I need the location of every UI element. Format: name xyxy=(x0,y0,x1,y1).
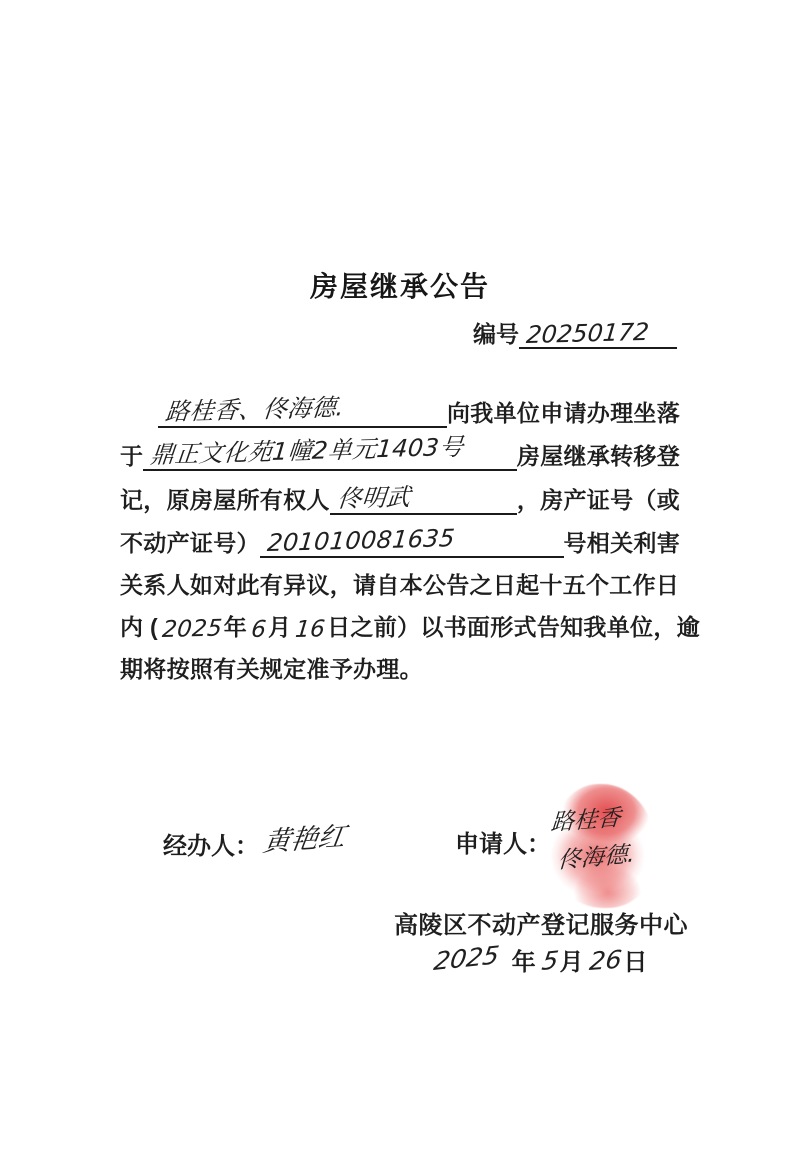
owner-handwritten-name: 佟明武 xyxy=(336,477,412,514)
number-label: 编号 xyxy=(473,316,519,349)
body-line5-printed: 关系人如对此有异议，请自本公告之日起十五个工作日 xyxy=(120,567,679,600)
date-month-handwritten: 5 xyxy=(540,945,560,976)
applicant2-handwritten-name: 佟海德. xyxy=(557,835,636,875)
body-line6-printed-2: 年 xyxy=(224,609,247,642)
number-handwritten-value: 20250172 xyxy=(525,318,650,349)
date-year-label: 年 xyxy=(512,942,536,977)
date-year-handwritten: 2025 xyxy=(432,941,501,976)
body-line-3: 记，原房屋所有权人 佟明武 ，房产证号（或 xyxy=(120,485,680,515)
address-blank-underline: 鼎正文化苑1幢2单元1403号 xyxy=(143,435,517,471)
applicant-label: 申请人： xyxy=(455,824,551,859)
body-line-4: 不动产证号） 201010081635 号相关利害 xyxy=(120,528,680,558)
body-line6-printed-1: 内 ( xyxy=(120,609,158,642)
body-line-6: 内 ( 2025 年 6 月 16 日之前）以书面形式告知我单位，逾 xyxy=(120,612,680,642)
body-line3-prefix: 记，原房屋所有权人 xyxy=(120,482,330,515)
issue-date-row: 2025 年 5 月 26 日 xyxy=(428,942,647,977)
date-day-label: 日 xyxy=(623,942,647,977)
body-line1-printed: 向我单位申请办理坐落 xyxy=(447,395,680,428)
body-line-5: 关系人如对此有异议，请自本公告之日起十五个工作日 xyxy=(120,570,680,600)
handler-signature-row: 经办人： 黄艳红 xyxy=(163,820,342,861)
body-line3-suffix: ，房产证号（或 xyxy=(517,482,680,515)
body-line2-suffix: 房屋继承转移登 xyxy=(517,438,680,471)
applicants-blank-underline: 路桂香、佟海德. xyxy=(158,392,447,428)
applicants-handwritten-names: 路桂香、佟海德. xyxy=(164,387,346,427)
body-line6-printed-3: 月 xyxy=(268,609,291,642)
certificate-number-handwritten: 201010081635 xyxy=(266,524,456,557)
document-number-line: 编号 20250172 xyxy=(473,316,677,349)
issuing-organization: 高陵区不动产登记服务中心 xyxy=(394,905,688,940)
body-line4-prefix: 不动产证号） xyxy=(120,525,260,558)
deadline-month-handwritten: 6 xyxy=(250,617,267,643)
document-title: 房屋继承公告 xyxy=(0,265,800,305)
deadline-day-handwritten: 16 xyxy=(294,616,326,643)
body-line2-prefix: 于 xyxy=(120,438,143,471)
date-day-handwritten: 26 xyxy=(588,945,623,976)
deadline-year-handwritten: 2025 xyxy=(161,615,223,643)
body-line6-printed-4: 日之前）以书面形式告知我单位，逾 xyxy=(327,609,700,642)
date-month-label: 月 xyxy=(560,942,584,977)
address-handwritten: 鼎正文化苑1幢2单元1403号 xyxy=(149,427,465,470)
owner-blank-underline: 佟明武 xyxy=(330,479,517,515)
body-line-1: 路桂香、佟海德. 向我单位申请办理坐落 xyxy=(120,398,680,428)
handler-label: 经办人： xyxy=(163,826,259,861)
body-line7-printed: 期将按照有关规定准予办理。 xyxy=(120,651,423,684)
handler-handwritten-signature: 黄艳红 xyxy=(261,814,349,859)
body-line4-suffix: 号相关利害 xyxy=(564,525,681,558)
applicant1-handwritten-name: 路桂香 xyxy=(550,799,622,837)
body-line-7: 期将按照有关规定准予办理。 xyxy=(120,654,680,684)
body-line-2: 于 鼎正文化苑1幢2单元1403号 房屋继承转移登 xyxy=(120,441,680,471)
certificate-number-blank-underline: 201010081635 xyxy=(260,529,564,558)
number-blank-underline: 20250172 xyxy=(519,321,677,349)
scanned-document-page: 房屋继承公告 编号 20250172 路桂香、佟海德. 向我单位申请办理坐落 于… xyxy=(0,0,800,1173)
